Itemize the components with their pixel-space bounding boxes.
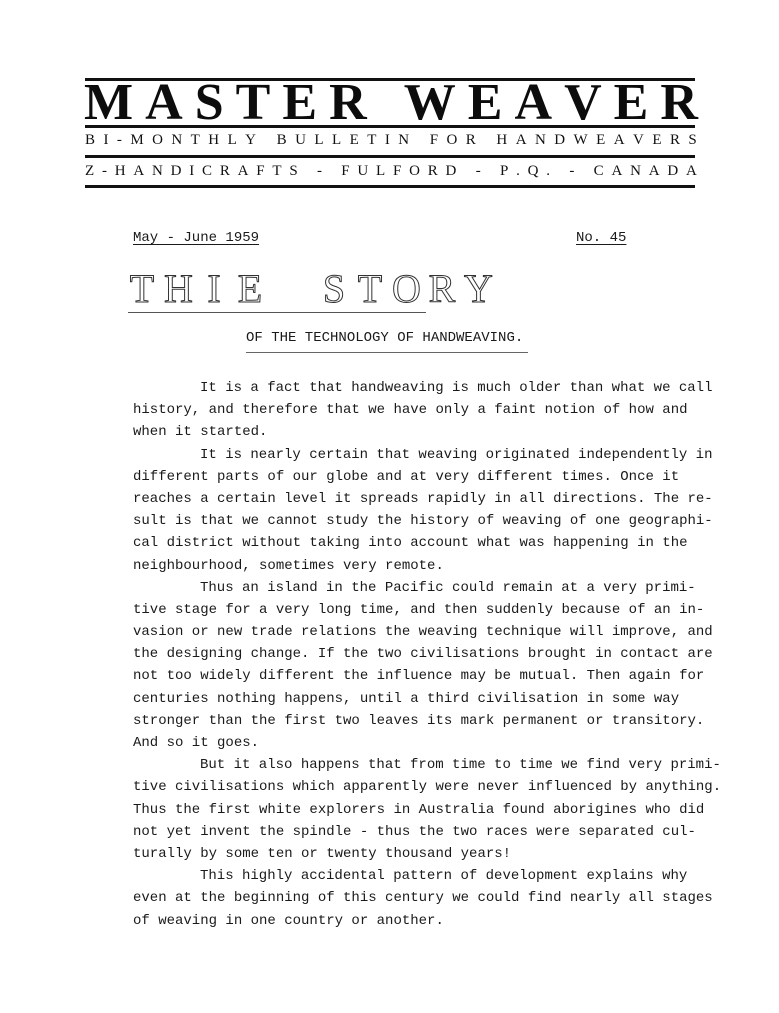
tagline-letter: I [103,131,108,149]
address-letter: F [393,162,401,180]
masthead-tagline: BI-MONTHLY BULLETIN FOR HANDWEAVERS [85,131,697,149]
tagline-letter: U [295,131,306,149]
address-letter: R [220,162,230,180]
masthead-title: MASTER WEAVER [84,82,698,124]
tagline-letter [264,131,268,149]
masthead-title-letter: E [282,82,317,124]
masthead-title-letter: M [84,82,133,124]
address-letter: D [171,162,182,180]
masthead-title-letter: E [468,82,503,124]
masthead-title-letter: A [514,82,552,124]
address-letter [488,162,492,180]
tagline-letter: V [633,131,644,149]
address-letter: C [594,162,604,180]
address-letter [558,162,562,180]
tagline-letter: Y [245,131,256,149]
address-letter: A [649,162,660,180]
address-letter [464,162,468,180]
address-letter: I [189,162,194,180]
tagline-letter: E [350,131,359,149]
address-letter: A [611,162,622,180]
masthead-title-letter: A [145,82,183,124]
text-line: of weaving in one country or another. [133,910,721,932]
text-line: centuries nothing happens, until a third… [133,688,721,710]
subtitle-rule [246,352,528,353]
text-line: neighbourhood, sometimes very remote. [133,555,721,577]
masthead-address: Z-HANDICRAFTS - FULFORD - P.Q. - CANADA [85,162,697,180]
tagline-letter: W [574,131,588,149]
text-line: when it started. [133,421,721,443]
decorative-letter: Y [464,270,492,308]
text-line: tive civilisations which apparently were… [133,776,721,798]
decorative-letter: T [356,270,384,308]
decorative-letter: E [236,270,264,308]
address-letter: . [546,162,550,180]
tagline-letter [484,131,488,149]
address-letter: F [341,162,349,180]
address-letter: D [446,162,457,180]
text-line: reaches a certain level it spreads rapid… [133,488,721,510]
address-letter [330,162,334,180]
masthead-title-letter: T [236,82,271,124]
address-letter: . [516,162,520,180]
tagline-letter: O [152,131,163,149]
address-letter: U [357,162,368,180]
text-line: stronger than the first two leaves its m… [133,710,721,732]
address-letter: A [686,162,697,180]
text-line: the designing change. If the two civilis… [133,643,721,665]
address-letter: Z [85,162,94,180]
tagline-letter: B [85,131,95,149]
decorative-letter: I [200,270,228,308]
text-line: And so it goes. [133,732,721,754]
address-letter: P [500,162,508,180]
decorative-letter: O [392,270,420,308]
tagline-letter: N [398,131,409,149]
address-letter: C [202,162,212,180]
text-line: sult is that we cannot study the history… [133,510,721,532]
address-letter: D [667,162,678,180]
tagline-letter: I [385,131,390,149]
article-paragraph: But it also happens that from time to ti… [133,754,721,865]
decorative-letter: S [320,270,348,308]
issue-number: No. 45 [576,227,626,249]
decorative-letter: R [428,270,456,308]
tagline-letter: - [117,131,122,149]
text-line: It is nearly certain that weaving origin… [133,444,721,466]
article-paragraph: It is a fact that handweaving is much ol… [133,377,721,444]
tagline-letter: T [191,131,200,149]
text-line: This highly accidental pattern of develo… [133,865,721,887]
text-line: turally by some ten or twenty thousand y… [133,843,721,865]
text-line: Thus the first white explorers in Austra… [133,799,721,821]
tagline-letter: D [554,131,565,149]
article-paragraph: It is nearly certain that weaving origin… [133,444,721,577]
tagline-letter: L [228,131,237,149]
address-letter: S [289,162,297,180]
tagline-letter: N [535,131,546,149]
address-letter: T [272,162,281,180]
address-letter: R [428,162,438,180]
text-line: not too widely different the influence m… [133,665,721,687]
tagline-letter: F [430,131,438,149]
address-letter: O [409,162,420,180]
masthead-title-letter: W [404,82,456,124]
tagline-letter: E [652,131,661,149]
masthead-title-letter: S [195,82,224,124]
masthead-tagline-rule [85,155,695,158]
decorative-letter [272,270,312,308]
tagline-letter: B [277,131,287,149]
text-line: vasion or new trade relations the weavin… [133,621,721,643]
tagline-letter: A [516,131,527,149]
masthead-title-letter: R [329,82,367,124]
text-line: But it also happens that from time to ti… [133,754,721,776]
tagline-letter: R [670,131,680,149]
masthead-title-letter [379,82,392,124]
issue-date: May - June 1959 [133,227,259,249]
article-decorative-title: THIE STORY [128,270,500,314]
article-body: It is a fact that handweaving is much ol… [133,377,721,932]
article-subtitle: OF THE TECHNOLOGY OF HANDWEAVING. [246,327,523,349]
text-line: Thus an island in the Pacific could rema… [133,577,721,599]
address-letter [582,162,586,180]
decorative-title-rule [128,312,426,313]
tagline-letter: N [171,131,182,149]
tagline-letter: R [466,131,476,149]
tagline-letter: L [332,131,341,149]
address-letter: N [152,162,163,180]
text-line: It is a fact that handweaving is much ol… [133,377,721,399]
decorative-letter: T [128,270,156,308]
tagline-letter: L [314,131,323,149]
tagline-letter: A [614,131,625,149]
address-letter: H [115,162,126,180]
address-letter: N [630,162,641,180]
decorative-letter: H [164,270,192,308]
masthead-bottom-rule [85,185,695,188]
address-letter: - [102,162,107,180]
tagline-letter: H [496,131,507,149]
address-letter [305,162,309,180]
address-letter: F [256,162,264,180]
address-letter: - [317,162,322,180]
masthead-title-letter: V [564,82,602,124]
text-line: even at the beginning of this century we… [133,887,721,909]
address-letter: A [238,162,249,180]
tagline-letter: E [596,131,605,149]
text-line: not yet invent the spindle - thus the tw… [133,821,721,843]
tagline-letter: S [688,131,696,149]
tagline-letter [418,131,422,149]
address-letter: A [133,162,144,180]
tagline-letter: O [447,131,458,149]
address-letter: - [476,162,481,180]
masthead-title-letter: R [660,82,698,124]
article-paragraph: Thus an island in the Pacific could rema… [133,577,721,755]
article-paragraph: This highly accidental pattern of develo… [133,865,721,932]
address-letter: L [376,162,385,180]
text-line: tive stage for a very long time, and the… [133,599,721,621]
text-line: history, and therefore that we have only… [133,399,721,421]
address-letter: Q [528,162,539,180]
masthead-title-rule [85,125,695,128]
address-letter: - [569,162,574,180]
text-line: cal district without taking into account… [133,532,721,554]
tagline-letter: M [130,131,143,149]
tagline-letter: H [208,131,219,149]
text-line: different parts of our globe and at very… [133,466,721,488]
masthead-title-letter: E [614,82,649,124]
tagline-letter: T [367,131,376,149]
